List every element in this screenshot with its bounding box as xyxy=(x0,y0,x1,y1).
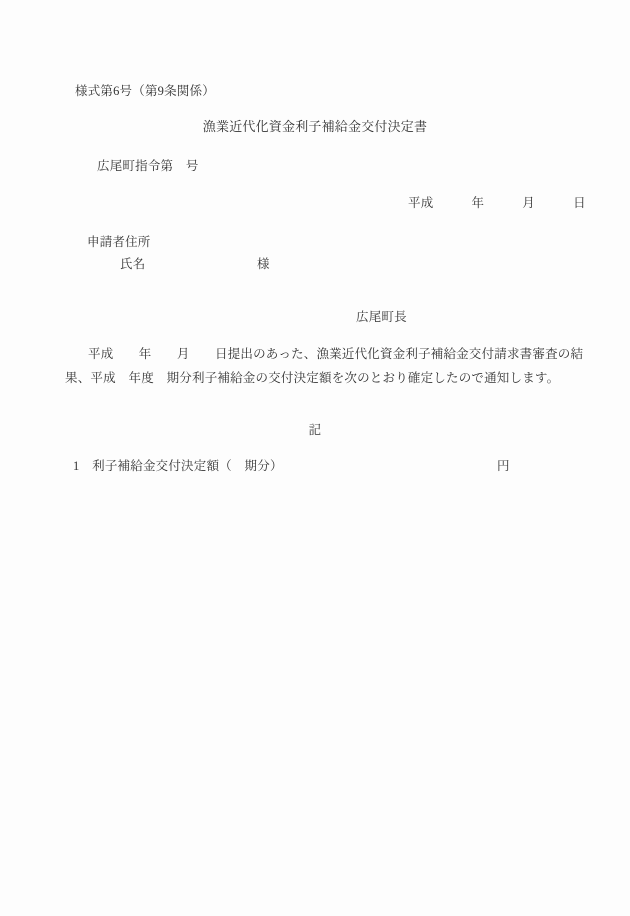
applicant-address-label: 申請者住所 xyxy=(87,235,151,249)
body-line-2: 果、平成 年度 期分利子補給金の交付決定額を次のとおり確定したので通知します。 xyxy=(65,371,559,385)
applicant-name-label: 氏名 xyxy=(120,257,145,271)
date-line: 平成 年 月 日 xyxy=(408,196,586,210)
document-page: 様式第6号（第9条関係） 漁業近代化資金利子補給金交付決定書 広尾町指令第 号 … xyxy=(0,0,630,916)
item-1-unit: 円 xyxy=(497,459,510,473)
document-title: 漁業近代化資金利子補給金交付決定書 xyxy=(0,120,630,135)
body-line-1: 平成 年 月 日提出のあった、漁業近代化資金利子補給金交付請求書審査の結 xyxy=(88,347,583,361)
applicant-honorific: 様 xyxy=(257,257,270,271)
item-1-label: 1 利子補給金交付決定額（ 期分） xyxy=(73,459,283,473)
form-number: 様式第6号（第9条関係） xyxy=(75,84,215,98)
issuer-title: 広尾町長 xyxy=(356,310,407,324)
record-marker: 記 xyxy=(0,423,630,437)
directive-number-line: 広尾町指令第 号 xyxy=(97,159,199,173)
